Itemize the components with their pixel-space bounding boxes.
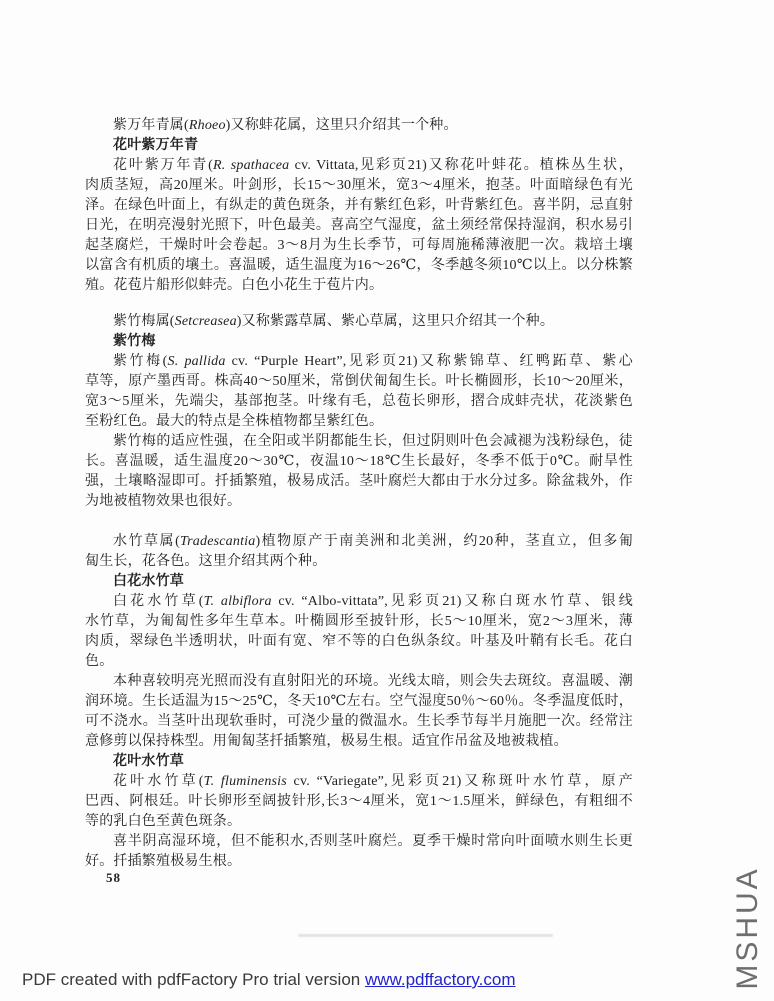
intro-setcreasea: 紫竹梅属(Setcreasea)又称紫露草属、紫心草属，这里只介绍其一个种。 — [85, 312, 633, 332]
heading-zizhumei: 紫竹梅 — [85, 332, 633, 352]
text-line: 以富含有机质的壤土。喜温暖，适生温度为16～26℃，冬季越冬须10℃以上。以分株… — [85, 256, 633, 276]
scanned-page: 紫万年青属(Rhoeo)又称蚌花属，这里只介绍其一个种。花叶紫万年青花叶紫万年青… — [0, 0, 774, 1001]
pdffactory-link[interactable]: www.pdffactory.com — [365, 970, 516, 989]
text-line: 紫竹梅(S. pallida cv. “Purple Heart”,见彩页21)… — [85, 352, 633, 372]
para-baihua-shuizhucao-1: 白花水竹草(T. albiflora cv. “Albo-vittata”,见彩… — [85, 592, 633, 672]
text-segment: 花叶水竹草( — [113, 774, 204, 789]
text-line: 色。 — [85, 652, 633, 672]
latin-name: Setcreasea — [175, 314, 237, 329]
text-line: 强，土壤略湿即可。扦插繁殖，极易成活。茎叶腐烂大都由于水分过多。除盆栽外，作 — [85, 472, 633, 492]
text-line: 肉质茎短，高20厘米。叶剑形，长15～30厘米，宽3～4厘米，抱茎。叶面暗绿色有… — [85, 176, 633, 196]
page-number: 58 — [106, 870, 121, 886]
footer-text: PDF created with pdfFactory Pro trial ve… — [22, 970, 365, 989]
scan-artifact — [298, 934, 553, 937]
text-line: 意修剪以保持株型。用匍匐茎扦插繁殖，极易生根。适宜作吊盆及地被栽植。 — [85, 732, 633, 752]
text-line: 日光，在明亮漫射光照下，叶色最美。喜高空气湿度，盆土须经常保持湿润，积水易引 — [85, 216, 633, 236]
heading-huaye-shuizhucao: 花叶水竹草 — [85, 752, 633, 772]
text-line: 草等，原产墨西哥。株高40～50厘米，常倒伏匍匐生长。叶长椭圆形，长10～20厘… — [85, 372, 633, 392]
text-line: 紫竹梅属(Setcreasea)又称紫露草属、紫心草属，这里只介绍其一个种。 — [85, 312, 633, 332]
text-line: 匐生长，花各色。这里介绍其两个种。 — [85, 552, 633, 572]
text-segment: 紫万年青属( — [113, 118, 189, 133]
heading-huaye-ziwannianqing: 花叶紫万年青 — [85, 136, 633, 156]
text-line: 水竹草，为匍匐性多年生草本。叶椭圆形至披针形，长5～10厘米，宽2～3厘米，薄 — [85, 612, 633, 632]
mshua-watermark: MSHUA — [730, 858, 766, 998]
para-huaye-ziwannianqing: 花叶紫万年青(R. spathacea cv. Vittata,见彩页21)又称… — [85, 156, 633, 296]
text-segment: cv. “Purple Heart”,见彩页21)又称紫锦草、红鸭跖草、紫心 — [226, 354, 633, 369]
para-baihua-shuizhucao-2: 本种喜较明亮光照而没有直射阳光的环境。光线太暗，则会失去斑纹。喜温暖、潮润环境。… — [85, 672, 633, 752]
text-segment: )植物原产于南美洲和北美洲，约20种，茎直立，但多匍 — [255, 534, 633, 549]
text-line: 至粉红色。最大的特点是全株植物都呈紫红色。 — [85, 412, 633, 432]
text-segment: 白花水竹草( — [113, 594, 204, 609]
latin-name: T. albiflora — [204, 594, 272, 609]
section-gap — [85, 296, 633, 312]
text-line: 本种喜较明亮光照而没有直射阳光的环境。光线太暗，则会失去斑纹。喜温暖、潮 — [85, 672, 633, 692]
para-zizhumei-2: 紫竹梅的适应性强，在全阳或半阴都能生长，但过阴则叶色会减褪为浅粉绿色，徒长。喜温… — [85, 432, 633, 512]
text-line: 紫竹梅的适应性强，在全阳或半阴都能生长，但过阴则叶色会减褪为浅粉绿色，徒 — [85, 432, 633, 452]
text-line: 润环境。生长适温为15～25℃，冬天10℃左右。空气湿度50％～60％。冬季温度… — [85, 692, 633, 712]
latin-name: T. fluminensis — [204, 774, 287, 789]
text-segment: 花叶紫万年青( — [113, 158, 213, 173]
text-line: 长。喜温暖，适生温度20～30℃，夜温10～18℃生长最好，冬季不低于0℃。耐旱… — [85, 452, 633, 472]
text-segment: )又称蚌花属，这里只介绍其一个种。 — [226, 118, 458, 133]
intro-tradescantia: 水竹草属(Tradescantia)植物原产于南美洲和北美洲，约20种，茎直立，… — [85, 532, 633, 572]
text-line: 紫万年青属(Rhoeo)又称蚌花属，这里只介绍其一个种。 — [85, 116, 633, 136]
text-line: 水竹草属(Tradescantia)植物原产于南美洲和北美洲，约20种，茎直立，… — [85, 532, 633, 552]
document-body: 紫万年青属(Rhoeo)又称蚌花属，这里只介绍其一个种。花叶紫万年青花叶紫万年青… — [85, 116, 633, 872]
text-segment: cv. “Variegate”,见彩页21)又称斑叶水竹草，原产 — [287, 774, 633, 789]
latin-name: Rhoeo — [189, 118, 226, 133]
para-huaye-shuizhucao-1: 花叶水竹草(T. fluminensis cv. “Variegate”,见彩页… — [85, 772, 633, 832]
text-line: 好。扦插繁殖极易生根。 — [85, 852, 633, 872]
text-line: 泽。在绿色叶面上，有纵走的黄色斑条，并有紫红色彩，叶背紫红色。喜半阴，忌直射 — [85, 196, 633, 216]
text-line: 殖。花苞片船形似蚌壳。白色小花生于苞片内。 — [85, 276, 633, 296]
para-zizhumei-1: 紫竹梅(S. pallida cv. “Purple Heart”,见彩页21)… — [85, 352, 633, 432]
text-segment: )又称紫露草属、紫心草属，这里只介绍其一个种。 — [237, 314, 554, 329]
text-line: 为地被植物效果也很好。 — [85, 492, 633, 512]
text-segment: cv. Vittata,见彩页21)又称花叶蚌花。植株丛生状， — [289, 158, 633, 173]
heading-baihua-shuizhucao: 白花水竹草 — [85, 572, 633, 592]
intro-rhoeo: 紫万年青属(Rhoeo)又称蚌花属，这里只介绍其一个种。 — [85, 116, 633, 136]
text-segment: cv. “Albo-vittata”,见彩页21)又称白斑水竹草、银线 — [272, 594, 633, 609]
text-line: 巴西、阿根廷。叶长卵形至阔披针形,长3～4厘米，宽1～1.5厘米，鲜绿色，有粗细… — [85, 792, 633, 812]
para-huaye-shuizhucao-2: 喜半阴高湿环境，但不能积水,否则茎叶腐烂。夏季干燥时常向叶面喷水则生长更好。扦插… — [85, 832, 633, 872]
text-line: 可不浇水。当茎叶出现软垂时，可浇少量的微温水。生长季节每半月施肥一次。经常注 — [85, 712, 633, 732]
latin-name: S. pallida — [168, 354, 226, 369]
text-segment: 紫竹梅属( — [113, 314, 175, 329]
text-line: 喜半阴高湿环境，但不能积水,否则茎叶腐烂。夏季干燥时常向叶面喷水则生长更 — [85, 832, 633, 852]
text-line: 起茎腐烂，干燥时叶会卷起。3～8月为生长季节，可每周施稀薄液肥一次。栽培土壤 — [85, 236, 633, 256]
text-line: 等的乳白色至黄色斑条。 — [85, 812, 633, 832]
text-line: 花叶紫万年青(R. spathacea cv. Vittata,见彩页21)又称… — [85, 156, 633, 176]
text-line: 花叶水竹草(T. fluminensis cv. “Variegate”,见彩页… — [85, 772, 633, 792]
latin-name: R. spathacea — [213, 158, 289, 173]
text-line: 肉质，翠绿色半透明状，叶面有宽、窄不等的白色纵条纹。叶基及叶鞘有长毛。花白 — [85, 632, 633, 652]
section-gap — [85, 512, 633, 532]
text-segment: 水竹草属( — [113, 534, 180, 549]
latin-name: Tradescantia — [180, 534, 256, 549]
pdf-factory-footer: PDF created with pdfFactory Pro trial ve… — [22, 970, 516, 990]
text-line: 白花水竹草(T. albiflora cv. “Albo-vittata”,见彩… — [85, 592, 633, 612]
text-line: 宽3～5厘米，先端尖，基部抱茎。叶缘有毛，总苞长卵形，摺合成蚌壳状，花淡紫色 — [85, 392, 633, 412]
text-segment: 紫竹梅( — [113, 354, 168, 369]
